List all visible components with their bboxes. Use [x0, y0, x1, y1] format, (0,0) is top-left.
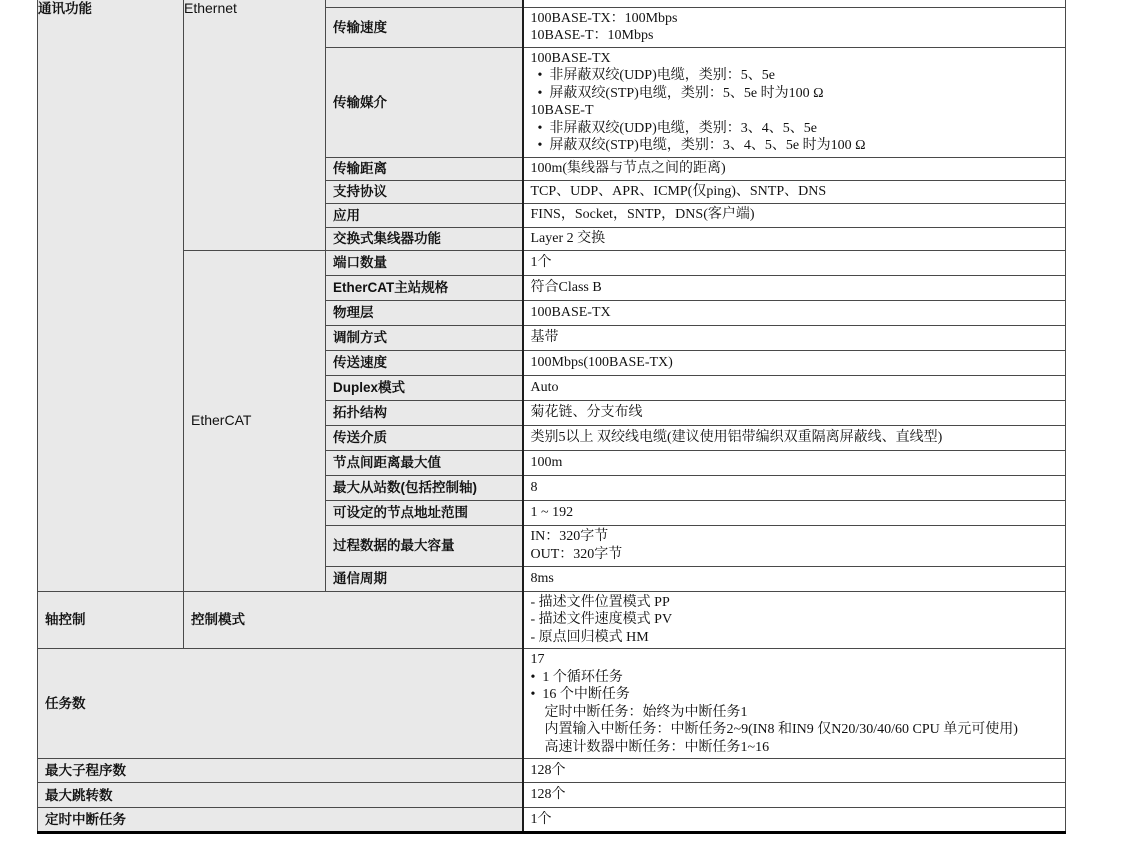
spec-row: 任务数 17 • 1 个循环任务 • 16 个中断任务 定时中断任务：始终为中断… — [38, 649, 1066, 759]
param-value: 1个 — [523, 808, 1066, 833]
param-value: IN：320字节 OUT：320字节 — [523, 525, 1066, 566]
param-value: 100BASE-TX：100Mbps 10BASE-T：10Mbps — [523, 7, 1066, 47]
param-value: Layer 2 交换 — [523, 227, 1066, 250]
datasheet-page: { "colors": { "label_cell_bg": "#e9e9e9"… — [0, 0, 1131, 861]
param-value: Auto — [523, 375, 1066, 400]
param-label: 支持协议 — [326, 180, 523, 203]
cut-off-value-cell — [523, 0, 1066, 7]
section-tasks: 任务数 — [38, 649, 523, 759]
param-label: 最大子程序数 — [38, 759, 523, 783]
param-label: EtherCAT主站规格 — [326, 275, 523, 300]
param-label: 传送速度 — [326, 350, 523, 375]
group-ethernet: Ethernet — [184, 0, 326, 250]
param-label: 交换式集线器功能 — [326, 227, 523, 250]
param-label: 最大从站数(包括控制轴) — [326, 475, 523, 500]
param-value: 100BASE-TX • 非屏蔽双绞(UDP)电缆，类别：5、5e • 屏蔽双绞… — [523, 47, 1066, 157]
param-label: 可设定的节点地址范围 — [326, 500, 523, 525]
param-value: 17 • 1 个循环任务 • 16 个中断任务 定时中断任务：始终为中断任务1 … — [523, 649, 1066, 759]
section-communication-label: 通讯功能 — [38, 1, 92, 16]
param-label: 传送介质 — [326, 425, 523, 450]
param-label: 传输距离 — [326, 157, 523, 180]
spec-row: EtherCAT 端口数量 1个 — [38, 250, 1066, 275]
param-label: 控制模式 — [184, 591, 523, 649]
param-value: 1 ~ 192 — [523, 500, 1066, 525]
param-value: 8 — [523, 475, 1066, 500]
param-value: 1个 — [523, 250, 1066, 275]
spec-row: 定时中断任务 1个 — [38, 808, 1066, 833]
param-value: 8ms — [523, 566, 1066, 591]
param-label: 节点间距离最大值 — [326, 450, 523, 475]
param-value: 100Mbps(100BASE-TX) — [523, 350, 1066, 375]
param-label: 通信周期 — [326, 566, 523, 591]
param-value: 符合Class B — [523, 275, 1066, 300]
group-ethercat-label: EtherCAT — [191, 412, 251, 428]
param-label: 端口数量 — [326, 250, 523, 275]
spec-row: 最大跳转数 128个 — [38, 783, 1066, 808]
section-communication: 通讯功能 — [38, 0, 184, 591]
param-label: 物理层 — [326, 300, 523, 325]
param-label: 传输媒介 — [326, 47, 523, 157]
param-value: FINS，Socket，SNTP，DNS(客户端) — [523, 203, 1066, 227]
param-label: 调制方式 — [326, 325, 523, 350]
group-ethercat: EtherCAT — [184, 250, 326, 591]
param-value: 基带 — [523, 325, 1066, 350]
group-ethernet-label: Ethernet — [184, 0, 237, 16]
param-value: 类别5以上 双绞线电缆(建议使用铝带编织双重隔离屏蔽线、直线型) — [523, 425, 1066, 450]
spec-table: 通讯功能 Ethernet 传输速度 100BASE-TX：100Mbps 10… — [37, 0, 1066, 834]
param-label: 拓扑结构 — [326, 400, 523, 425]
spec-row: 轴控制 控制模式 - 描述文件位置模式 PP - 描述文件速度模式 PV - 原… — [38, 591, 1066, 649]
param-label: Duplex模式 — [326, 375, 523, 400]
cut-off-row: 通讯功能 Ethernet — [38, 0, 1066, 7]
param-value: TCP、UDP、APR、ICMP(仅ping)、SNTP、DNS — [523, 180, 1066, 203]
param-label: 最大跳转数 — [38, 783, 523, 808]
param-value: - 描述文件位置模式 PP - 描述文件速度模式 PV - 原点回归模式 HM — [523, 591, 1066, 649]
param-value: 菊花链、分支布线 — [523, 400, 1066, 425]
param-label: 传输速度 — [326, 7, 523, 47]
spec-row: 最大子程序数 128个 — [38, 759, 1066, 783]
param-label: 定时中断任务 — [38, 808, 523, 833]
param-label: 过程数据的最大容量 — [326, 525, 523, 566]
section-axis-control: 轴控制 — [38, 591, 184, 649]
param-value: 100BASE-TX — [523, 300, 1066, 325]
param-value: 100m(集线器与节点之间的距离) — [523, 157, 1066, 180]
param-value: 100m — [523, 450, 1066, 475]
cut-off-param-cell — [326, 0, 523, 7]
param-value: 128个 — [523, 759, 1066, 783]
param-label: 应用 — [326, 203, 523, 227]
param-value: 128个 — [523, 783, 1066, 808]
